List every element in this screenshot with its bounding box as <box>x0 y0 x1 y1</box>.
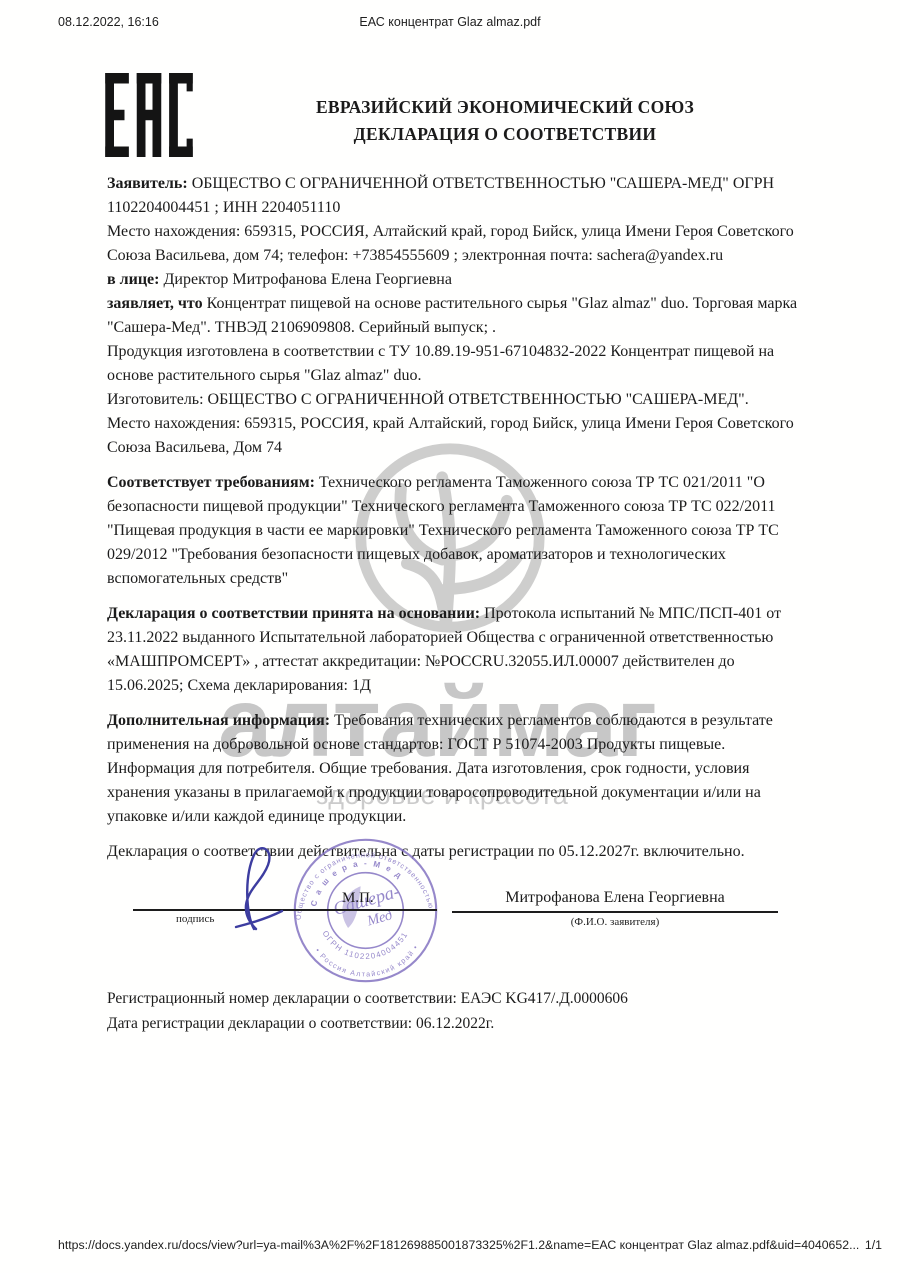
paragraph-label: Дополнительная информация: <box>107 712 334 729</box>
print-footer-url: https://docs.yandex.ru/docs/view?url=ya-… <box>58 1237 859 1253</box>
title-line-declaration: ДЕКЛАРАЦИЯ О СООТВЕТСТВИИ <box>200 121 810 148</box>
svg-text:ОГРН 1102204004451: ОГРН 1102204004451 <box>321 929 410 961</box>
document-paragraph: заявляет, что Концентрат пищевой на осно… <box>107 292 807 340</box>
handwritten-signature <box>226 843 288 933</box>
print-header-filename: ЕАС концентрат Glaz almaz.pdf <box>0 14 900 30</box>
paragraph-label: в лице: <box>107 271 163 288</box>
document-paragraph: Место нахождения: 659315, РОССИЯ, Алтайс… <box>107 220 807 268</box>
paragraph-label: Заявитель: <box>107 175 192 192</box>
paragraph-label: Соответствует требованиям: <box>107 474 319 491</box>
document-paragraph: Дополнительная информация: Требования те… <box>107 709 807 829</box>
document-paragraph: Место нахождения: 659315, РОССИЯ, край А… <box>107 412 807 460</box>
paragraph-label: Декларация о соответствии принята на осн… <box>107 605 484 622</box>
paragraph-label: заявляет, что <box>107 295 207 312</box>
stamp-place-label: М.П. <box>342 889 374 907</box>
document-title: ЕВРАЗИЙСКИЙ ЭКОНОМИЧЕСКИЙ СОЮЗ ДЕКЛАРАЦИ… <box>200 94 810 148</box>
print-footer-page-indicator: 1/1 <box>865 1237 882 1253</box>
declarant-name: Митрофанова Елена Георгиевна <box>452 888 778 908</box>
document-paragraph: Продукция изготовлена в соответствии с Т… <box>107 340 807 388</box>
document-paragraph: Декларация о соответствии принята на осн… <box>107 602 807 698</box>
registration-date: Дата регистрации декларации о соответств… <box>107 1011 827 1036</box>
pdf-page: 08.12.2022, 16:16 ЕАС концентрат Glaz al… <box>0 0 900 1273</box>
registration-number: Регистрационный номер декларации о соотв… <box>107 986 827 1011</box>
document-paragraph: Декларация о соответствии действительна … <box>107 840 807 864</box>
document-body: Заявитель: ОБЩЕСТВО С ОГРАНИЧЕННОЙ ОТВЕТ… <box>107 172 807 864</box>
document-paragraph: Заявитель: ОБЩЕСТВО С ОГРАНИЧЕННОЙ ОТВЕТ… <box>107 172 807 220</box>
title-line-union: ЕВРАЗИЙСКИЙ ЭКОНОМИЧЕСКИЙ СОЮЗ <box>200 94 810 121</box>
stamp-ring-inner-bottom: ОГРН 1102204004451 <box>321 929 410 961</box>
declarant-caption: (Ф.И.О. заявителя) <box>452 916 778 929</box>
document-paragraph: Соответствует требованиям: Технического … <box>107 471 807 591</box>
document-paragraph: в лице: Директор Митрофанова Елена Георг… <box>107 268 807 292</box>
document-paragraph: Изготовитель: ОБЩЕСТВО С ОГРАНИЧЕННОЙ ОТ… <box>107 388 807 412</box>
declarant-line <box>452 911 778 913</box>
registration-block: Регистрационный номер декларации о соотв… <box>107 986 827 1036</box>
signature-caption: подпись <box>176 913 214 926</box>
eac-mark-logo <box>105 73 193 157</box>
